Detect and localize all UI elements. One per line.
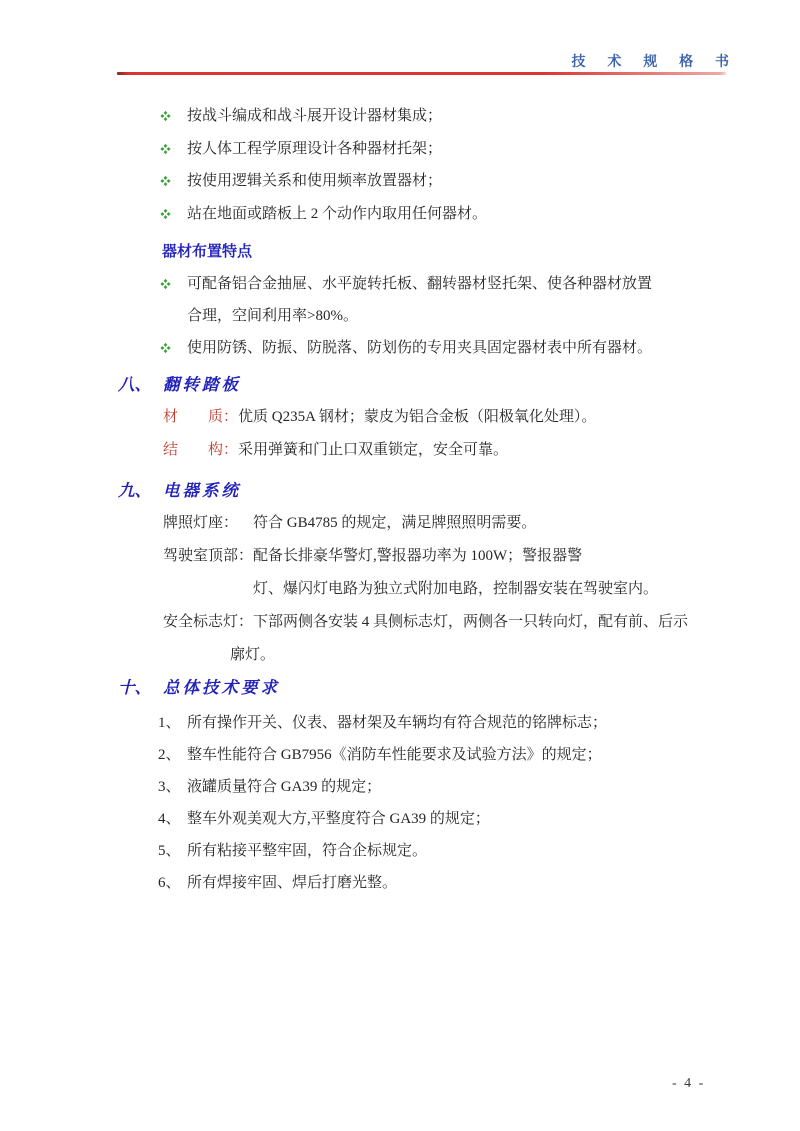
page-number: - 4 - [672,1076,705,1092]
spec-label: 材 质： [163,409,238,425]
labelled-paragraph: 安全标志灯：下部两侧各安装 4 具侧标志灯，两侧各一只转向灯，配有前、后示 [163,606,800,639]
paragraph-text-continuation: 灯、爆闪灯电路为独立式附加电路，控制器安装在驾驶室内。 [253,573,800,606]
section-electrical-system: 九、电器系统 牌照灯座：符合 GB4785 的规定，满足牌照照明需要。 驾驶室顶… [0,474,800,672]
item-number: 3、 [158,771,187,803]
item-text: 所有操作开关、仪表、器材架及车辆均有符合规范的铭牌标志； [187,715,607,731]
bullet-text: 可配备铝合金抽屉、水平旋转托板、翻转器材竖托架、使各种器材放置 [187,276,652,292]
paragraph-label: 驾驶室顶部： [163,540,253,573]
four-diamond-bullet-icon [160,279,171,290]
numbered-item: 2、整车性能符合 GB7956《消防车性能要求及试验方法》的规定； [158,739,800,771]
spec-row: 材 质：优质 Q235A 钢材；蒙皮为铝合金板（阳极氧化处理）。 [163,401,800,434]
section-number: 十、 [118,671,163,704]
four-diamond-bullet-icon [160,208,171,219]
item-text: 所有粘接平整牢固，符合企标规定。 [187,843,427,859]
item-text: 整车外观美观大方,平整度符合 GA39 的规定； [187,811,490,827]
four-diamond-bullet-icon [160,176,171,187]
labelled-paragraph: 牌照灯座：符合 GB4785 的规定，满足牌照照明需要。 [163,507,800,540]
list-item: 站在地面或踏板上 2 个动作内取用任何器材。 [160,198,800,231]
item-text: 整车性能符合 GB7956《消防车性能要求及试验方法》的规定； [187,747,602,763]
numbered-item: 6、所有焊接牢固、焊后打磨光整。 [158,867,800,899]
four-diamond-bullet-icon [160,143,171,154]
numbered-item: 5、所有粘接平整牢固，符合企标规定。 [158,835,800,867]
paragraph-label: 牌照灯座： [163,507,253,540]
section-title: 九、电器系统 [118,474,800,507]
header-rule [117,72,726,75]
section-overall-technical-requirements: 十、总体技术要求 1、所有操作开关、仪表、器材架及车辆均有符合规范的铭牌标志； … [0,671,800,899]
numbered-item: 1、所有操作开关、仪表、器材架及车辆均有符合规范的铭牌标志； [158,707,800,739]
intro-bullet-list: 按战斗编成和战斗展开设计器材集成； 按人体工程学原理设计各种器材托架； 按使用逻… [0,100,800,230]
four-diamond-bullet-icon [160,343,171,354]
spec-row: 结 构：采用弹簧和门止口双重锁定，安全可靠。 [163,434,800,467]
spec-label: 结 构： [163,442,238,458]
item-number: 6、 [158,867,187,899]
equipment-layout-block: 器材布置特点 可配备铝合金抽屉、水平旋转托板、翻转器材竖托架、使各种器材放置 合… [0,236,800,364]
list-item: 按使用逻辑关系和使用频率放置器材； [160,165,800,198]
labelled-paragraph: 驾驶室顶部：配备长排豪华警灯,警报器功率为 100W；警报器警 [163,540,800,573]
section-title-text: 电器系统 [163,481,241,500]
list-item: 按战斗编成和战斗展开设计器材集成； [160,100,800,133]
list-item: 按人体工程学原理设计各种器材托架； [160,133,800,166]
paragraph-text-continuation: 廓灯。 [230,639,800,672]
item-number: 2、 [158,739,187,771]
document-page: 技 术 规 格 书 按战斗编成和战斗展开设计器材集成； 按人体工程学原理设计各种… [0,0,800,1131]
section-title: 十、总体技术要求 [118,671,800,704]
item-text: 液罐质量符合 GA39 的规定； [187,779,381,795]
section-number: 八、 [118,368,163,401]
bullet-text-continuation: 合理，空间利用率>80%。 [187,300,800,332]
bullet-text: 使用防锈、防振、防脱落、防划伤的专用夹具固定器材表中所有器材。 [187,340,652,356]
list-item: 使用防锈、防振、防脱落、防划伤的专用夹具固定器材表中所有器材。 [160,332,800,364]
page-header-title: 技 术 规 格 书 [571,51,738,71]
section-flip-step: 八、翻转踏板 材 质：优质 Q235A 钢材；蒙皮为铝合金板（阳极氧化处理）。 … [0,368,800,467]
section-number: 九、 [118,474,163,507]
section-title-text: 翻转踏板 [163,375,241,394]
bullet-text: 按人体工程学原理设计各种器材托架； [187,141,442,157]
section-title-text: 总体技术要求 [163,678,280,697]
paragraph-text: 下部两侧各安装 4 具侧标志灯，两侧各一只转向灯，配有前、后示 [253,614,688,630]
paragraph-text: 配备长排豪华警灯,警报器功率为 100W；警报器警 [253,548,582,564]
spec-value: 优质 Q235A 钢材；蒙皮为铝合金板（阳极氧化处理）。 [238,409,596,425]
sub-heading: 器材布置特点 [162,236,800,268]
list-item: 可配备铝合金抽屉、水平旋转托板、翻转器材竖托架、使各种器材放置 [160,268,800,300]
paragraph-text: 符合 GB4785 的规定，满足牌照照明需要。 [253,515,536,531]
bullet-text: 按使用逻辑关系和使用频率放置器材； [187,173,442,189]
bullet-text: 站在地面或踏板上 2 个动作内取用任何器材。 [187,206,487,222]
section-title: 八、翻转踏板 [118,368,800,401]
bullet-text: 按战斗编成和战斗展开设计器材集成； [187,108,442,124]
item-number: 1、 [158,707,187,739]
spec-value: 采用弹簧和门止口双重锁定，安全可靠。 [238,442,508,458]
item-number: 5、 [158,835,187,867]
numbered-item: 3、液罐质量符合 GA39 的规定； [158,771,800,803]
item-text: 所有焊接牢固、焊后打磨光整。 [187,875,397,891]
paragraph-label: 安全标志灯： [163,606,253,639]
item-number: 4、 [158,803,187,835]
numbered-item: 4、整车外观美观大方,平整度符合 GA39 的规定； [158,803,800,835]
four-diamond-bullet-icon [160,111,171,122]
